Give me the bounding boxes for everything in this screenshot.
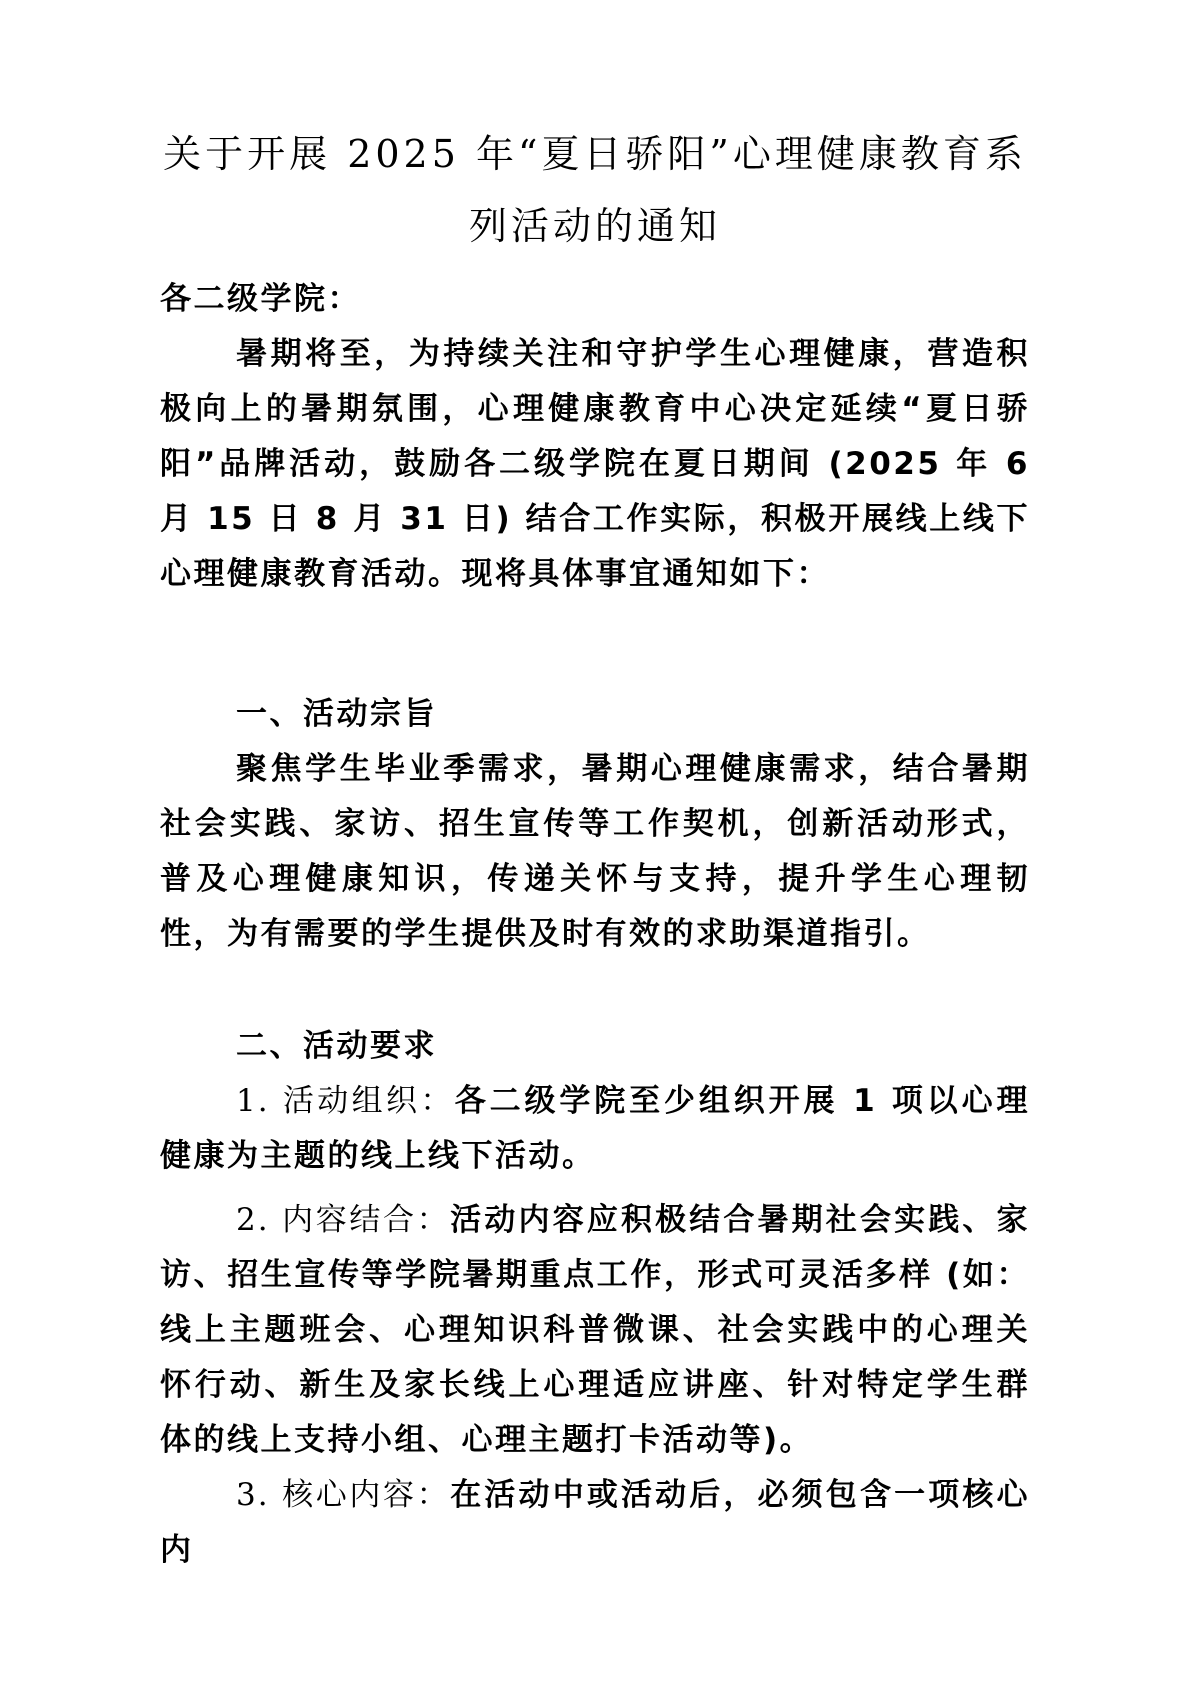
intro-paragraph: 暑期将至，为持续关注和守护学生心理健康，营造积极向上的暑期氛围，心理健康教育中心…: [160, 327, 1030, 602]
requirement-item-1-label: 1. 活动组织：: [236, 1083, 455, 1119]
requirement-item-2-text: 活动内容应积极结合暑期社会实践、家访、招生宣传等学院暑期重点工作，形式可灵活多样…: [160, 1202, 1030, 1458]
section-2-heading: 二、活动要求: [160, 1019, 1030, 1074]
requirement-item-3-label: 3. 核心内容：: [236, 1477, 450, 1513]
document-page: 关于开展 2025 年“夏日骄阳”心理健康教育系 列活动的通知 各二级学院： 暑…: [0, 0, 1191, 1684]
requirement-item-2-label: 2. 内容结合：: [236, 1202, 450, 1238]
document-title: 关于开展 2025 年“夏日骄阳”心理健康教育系 列活动的通知: [160, 118, 1030, 262]
section-1-heading: 一、活动宗旨: [160, 687, 1030, 742]
document-title-line-2: 列活动的通知: [160, 190, 1030, 262]
section-1-paragraph: 聚焦学生毕业季需求，暑期心理健康需求，结合暑期社会实践、家访、招生宣传等工作契机…: [160, 742, 1030, 962]
document-title-line-1: 关于开展 2025 年“夏日骄阳”心理健康教育系: [160, 118, 1030, 190]
requirement-item-2: 2. 内容结合：活动内容应积极结合暑期社会实践、家访、招生宣传等学院暑期重点工作…: [160, 1193, 1030, 1468]
requirement-item-3: 3. 核心内容：在活动中或活动后，必须包含一项核心内: [160, 1468, 1030, 1578]
requirement-item-1: 1. 活动组织：各二级学院至少组织开展 1 项以心理健康为主题的线上线下活动。: [160, 1074, 1030, 1184]
salutation: 各二级学院：: [160, 272, 1030, 327]
